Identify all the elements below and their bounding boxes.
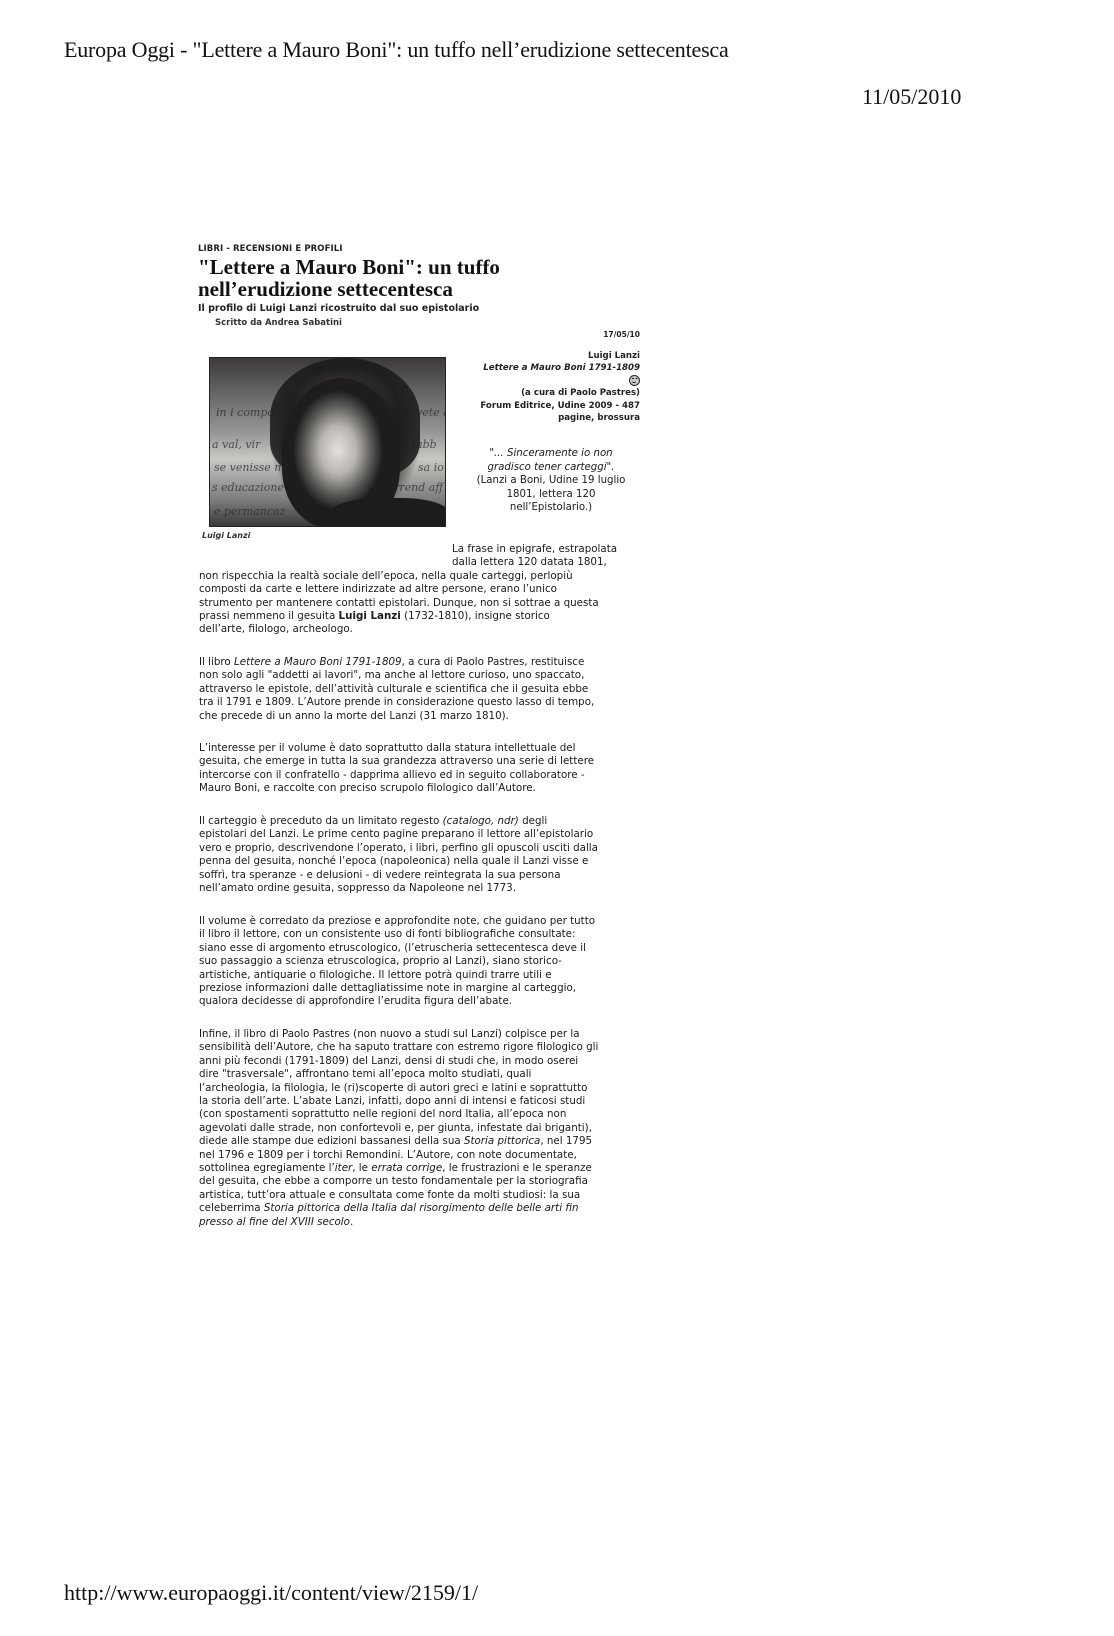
text-line: preziose informazioni dalle dettagliatis… xyxy=(199,982,644,995)
text-run: . xyxy=(350,1216,353,1228)
headline-line-1: "Lettere a Mauro Boni": un tuffo xyxy=(198,256,558,278)
text-line: non rispecchia la realtà sociale dell’ep… xyxy=(199,570,644,583)
book-info-box: 17/05/10 Luigi Lanzi Lettere a Mauro Bon… xyxy=(440,329,640,425)
text-line: La frase in epigrafe, estrapolata xyxy=(199,543,644,556)
text-line: che precede di un anno la morte del Lanz… xyxy=(199,710,644,723)
paragraph-4: Il carteggio è preceduto da un limitato … xyxy=(199,815,644,895)
text-line: attraverso le epistole, dell’attività cu… xyxy=(199,683,644,696)
book-author: Luigi Lanzi xyxy=(440,350,640,363)
text-run: , le xyxy=(352,1162,371,1174)
text-line: la storia dell’arte. L’abate Lanzi, infa… xyxy=(199,1095,644,1108)
text-line: anni più fecondi (1791-1809) del Lanzi, … xyxy=(199,1055,644,1068)
text-run: diede alle stampe due edizioni bassanesi… xyxy=(199,1135,464,1147)
quote-source: (Lanzi a Boni, Udine 19 luglio xyxy=(462,474,640,488)
manuscript-text: e permancaz xyxy=(214,505,285,518)
paragraph-3: L’interesse per il volume è dato sopratt… xyxy=(199,742,644,796)
paragraph-1: La frase in epigrafe, estrapolata dalla … xyxy=(199,543,644,637)
text-line: celeberrima Storia pittorica della Itali… xyxy=(199,1202,644,1215)
text-line: nell’amato ordine gesuita, soppresso da … xyxy=(199,882,644,895)
text-run: , nel 1795 xyxy=(540,1135,592,1147)
review-date: 17/05/10 xyxy=(440,329,640,342)
text-run: degli xyxy=(519,815,547,827)
text-line: nel 1796 e 1809 per i torchi Remondini. … xyxy=(199,1149,644,1162)
quote-source: 1801, lettera 120 xyxy=(462,488,640,502)
text-line: del gesuita, che ebbe a comporre un test… xyxy=(199,1175,644,1188)
text-line: Mauro Boni, e raccolte con preciso scrup… xyxy=(199,782,644,795)
text-line: L’interesse per il volume è dato sopratt… xyxy=(199,742,644,755)
print-header-title: Europa Oggi - "Lettere a Mauro Boni": un… xyxy=(64,37,729,63)
text-line: epistolari del Lanzi. Le prime cento pag… xyxy=(199,828,644,841)
text-line: (con spostamenti soprattutto nelle regio… xyxy=(199,1108,644,1121)
text-line: prassi nemmeno il gesuita Luigi Lanzi (1… xyxy=(199,610,644,623)
smiley-icon xyxy=(629,375,640,386)
text-run: , le frustrazioni e le speranze xyxy=(442,1162,592,1174)
author-name: Luigi Lanzi xyxy=(339,610,401,622)
text-line: sottolinea egregiamente l’iter, le errat… xyxy=(199,1162,644,1175)
quote-line: gradisco tener carteggi". xyxy=(462,461,640,475)
text-line: agevolati dalle strade, non confortevoli… xyxy=(199,1122,644,1135)
latin-term: errata corrige xyxy=(371,1162,442,1174)
text-line: il libro il lettore, con un consistente … xyxy=(199,928,644,941)
book-title-ref: presso al fine del XVIII secolo xyxy=(199,1216,350,1228)
text-line: l’archeologia, la filologia, le (ri)scop… xyxy=(199,1082,644,1095)
book-title-ref: Storia pittorica della Italia dal risorg… xyxy=(264,1202,579,1214)
text-line: non solo agli "addetti ai lavori", ma an… xyxy=(199,669,644,682)
quote-source: nell’Epistolario.) xyxy=(462,501,640,515)
text-line: vero e proprio, descrivendone l’operato,… xyxy=(199,842,644,855)
book-title: Lettere a Mauro Boni 1791-1809 xyxy=(440,362,640,375)
text-line: suo passaggio a scienza etruscologica, p… xyxy=(199,955,644,968)
text-line: qualora decidesse di approfondire l’erud… xyxy=(199,995,644,1008)
text-line: intercorse con il confratello - dapprima… xyxy=(199,769,644,782)
text-run: Il carteggio è preceduto da un limitato … xyxy=(199,815,443,827)
text-line: penna del gesuita, nonché l’epoca (napol… xyxy=(199,855,644,868)
text-line: composti da carte e lettere indirizzate … xyxy=(199,583,644,596)
latin-term: iter xyxy=(335,1162,352,1174)
article-subtitle: Il profilo di Luigi Lanzi ricostruito da… xyxy=(198,303,479,314)
text-run: sottolinea egregiamente l’ xyxy=(199,1162,335,1174)
article-byline: Scritto da Andrea Sabatini xyxy=(215,318,342,328)
text-line: dell’arte, filologo, archeologo. xyxy=(199,623,644,636)
portrait-collar xyxy=(330,498,446,527)
text-line: Il carteggio è preceduto da un limitato … xyxy=(199,815,644,828)
text-line: gesuita, che emerge in tutta la sua gran… xyxy=(199,755,644,768)
article-headline: "Lettere a Mauro Boni": un tuffo nell’er… xyxy=(198,256,558,300)
print-header-date: 11/05/2010 xyxy=(862,84,961,110)
text-line: dalla lettera 120 datata 1801, xyxy=(199,556,644,569)
epigraph-quote: "... Sinceramente io non gradisco tener … xyxy=(462,447,640,515)
book-title-ref: Storia pittorica xyxy=(464,1135,540,1147)
book-publisher: Forum Editrice, Udine 2009 - 487 xyxy=(440,400,640,413)
text-run: prassi nemmeno il gesuita xyxy=(199,610,339,622)
print-footer-url[interactable]: http://www.europaoggi.it/content/view/21… xyxy=(64,1580,478,1606)
editor-note: (catalogo, ndr) xyxy=(443,815,519,827)
text-line: Il volume è corredato da preziose e appr… xyxy=(199,915,644,928)
book-format: pagine, brossura xyxy=(440,412,640,425)
headline-line-2: nell’erudizione settecentesca xyxy=(198,278,558,300)
text-line: siano esse di argomento etruscologico, (… xyxy=(199,942,644,955)
manuscript-text: se venisse m xyxy=(214,461,285,474)
book-curator: (a cura di Paolo Pastres) xyxy=(440,387,640,400)
manuscript-text: s educazione xyxy=(212,481,284,494)
text-run: Il libro xyxy=(199,656,234,668)
text-line: presso al fine del XVIII secolo. xyxy=(199,1216,644,1229)
text-line: artistiche, antiquarie o filologiche. Il… xyxy=(199,969,644,982)
manuscript-text: sa io xyxy=(418,461,444,474)
text-line: strumento per mantenere contatti epistol… xyxy=(199,597,644,610)
text-run: , a cura di Paolo Pastres, restituisce xyxy=(402,656,585,668)
text-run: (1732-1810), insigne storico xyxy=(401,610,550,622)
manuscript-text: a val, vir xyxy=(212,438,260,451)
manuscript-text: in i compo xyxy=(216,406,274,419)
text-line: diede alle stampe due edizioni bassanesi… xyxy=(199,1135,644,1148)
text-line: Il libro Lettere a Mauro Boni 1791-1809,… xyxy=(199,656,644,669)
text-line: sensibilità dell’Autore, che ha saputo t… xyxy=(199,1041,644,1054)
quote-line: "... Sinceramente io non xyxy=(462,447,640,461)
portrait-image: in i compo a val, vir se venisse m s edu… xyxy=(209,357,446,527)
text-line: dire "trasversale", affrontano temi all’… xyxy=(199,1068,644,1081)
text-line: tra il 1791 e 1809. L’Autore prende in c… xyxy=(199,696,644,709)
portrait-caption: Luigi Lanzi xyxy=(202,531,250,540)
text-line: artistica, tutt’ora attuale e consultata… xyxy=(199,1189,644,1202)
text-line: soffrì, tra speranze - e delusioni - di … xyxy=(199,869,644,882)
text-line: Infine, il libro di Paolo Pastres (non n… xyxy=(199,1028,644,1041)
paragraph-5: Il volume è corredato da preziose e appr… xyxy=(199,915,644,1009)
paragraph-2: Il libro Lettere a Mauro Boni 1791-1809,… xyxy=(199,656,644,723)
paragraph-6: Infine, il libro di Paolo Pastres (non n… xyxy=(199,1028,644,1229)
book-title-ref: Lettere a Mauro Boni 1791-1809 xyxy=(234,656,402,668)
text-run: celeberrima xyxy=(199,1202,264,1214)
section-label[interactable]: LIBRI - RECENSIONI E PROFILI xyxy=(198,244,343,254)
